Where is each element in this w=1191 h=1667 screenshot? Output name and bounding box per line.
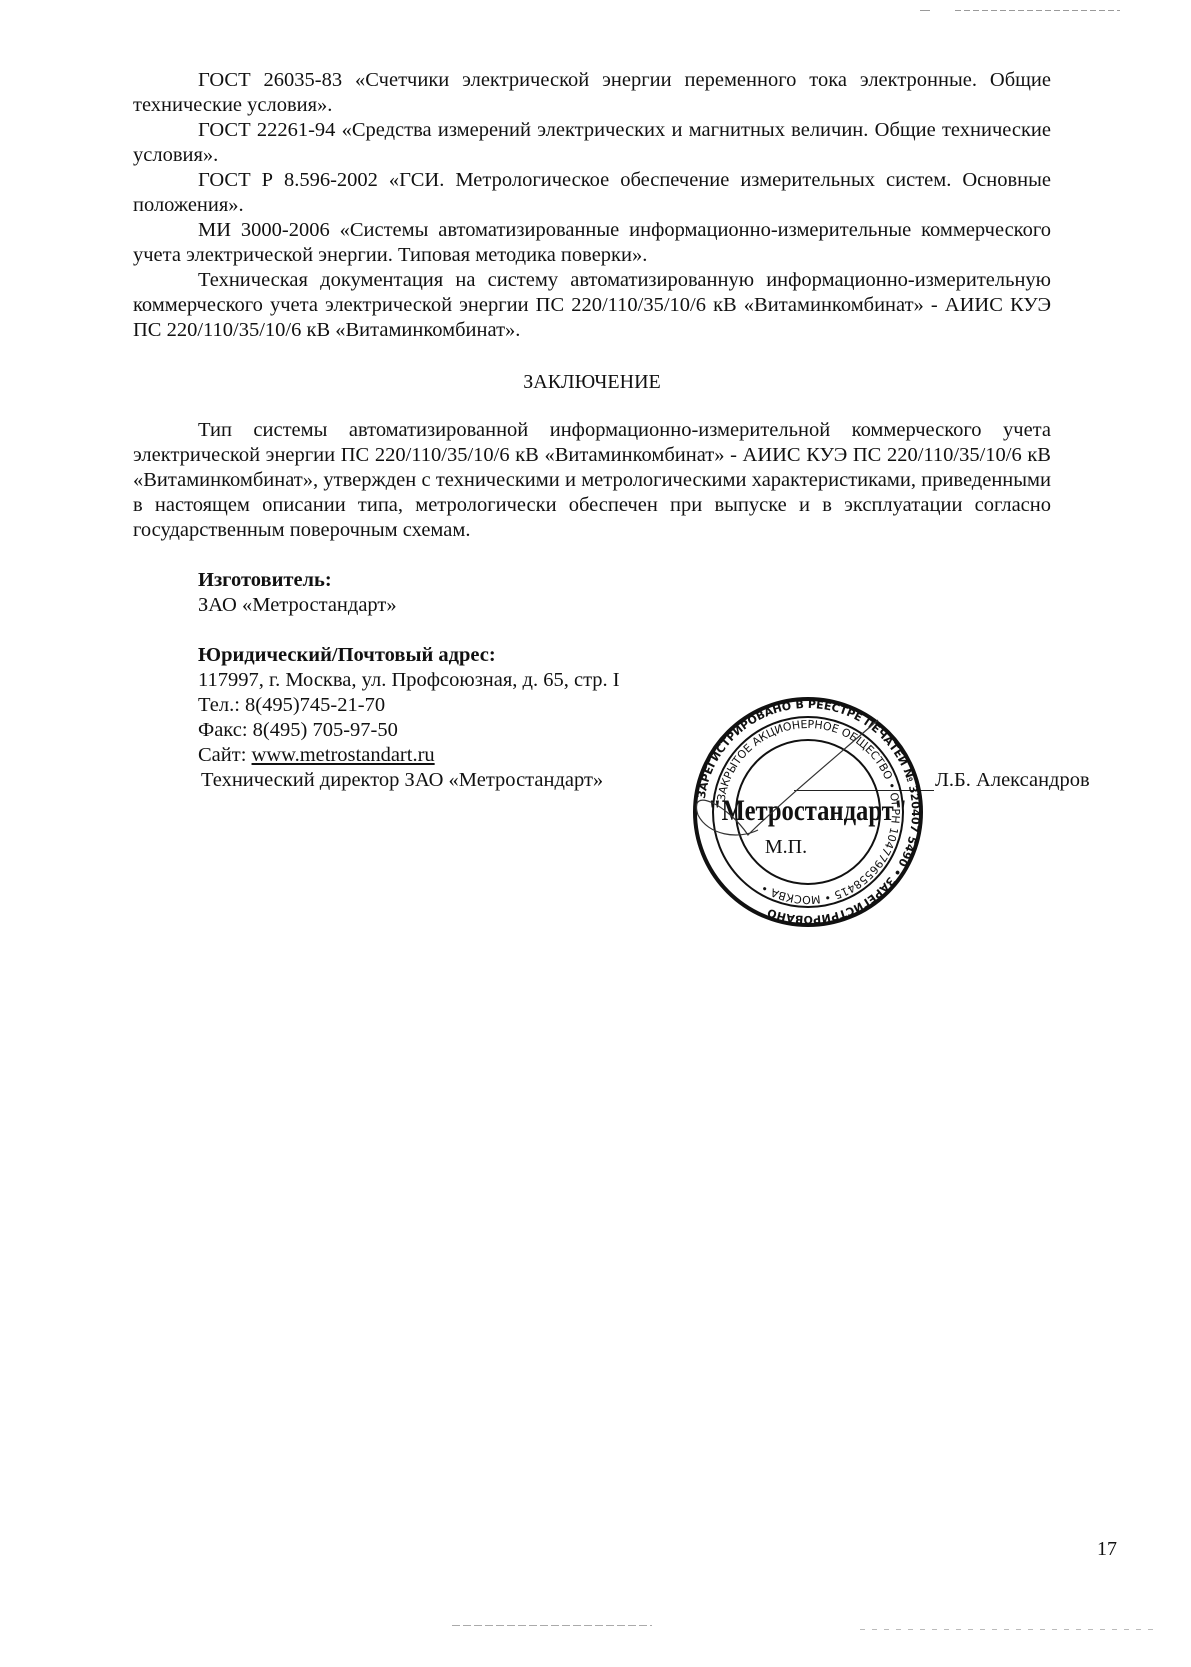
reference-gost-r-8596: ГОСТ Р 8.596-2002 «ГСИ. Метрологическое … [133, 168, 1051, 218]
scan-artifact [860, 1629, 1160, 1630]
page-number: 17 [1097, 1538, 1117, 1561]
address-street: 117997, г. Москва, ул. Профсоюзная, д. 6… [198, 668, 1051, 693]
scan-artifact [452, 1625, 652, 1626]
svg-text:М.П.: М.П. [765, 836, 807, 858]
document-page: ГОСТ 26035-83 «Счетчики электрической эн… [133, 68, 1051, 793]
site-link[interactable]: www.metrostandart.ru [252, 744, 435, 766]
conclusion-text: Тип системы автоматизированной информаци… [133, 418, 1051, 543]
reference-gost-26035: ГОСТ 26035-83 «Счетчики электрической эн… [133, 68, 1051, 118]
reference-gost-22261: ГОСТ 22261-94 «Средства измерений электр… [133, 118, 1051, 168]
signatory-position: Технический директор ЗАО «Метростандарт» [201, 769, 603, 791]
site-label: Сайт: [198, 744, 252, 766]
address-label: Юридический/Почтовый адрес: [198, 643, 1051, 668]
reference-mi-3000: МИ 3000-2006 «Системы автоматизированные… [133, 218, 1051, 268]
company-stamp-icon: ЗАРЕГИСТРИРОВАНО В РЕЕСТРЕ ПЕЧАТЕЙ № 320… [688, 695, 928, 930]
reference-tech-docs: Техническая документация на систему авто… [133, 268, 1051, 343]
manufacturer-name: ЗАО «Метростандарт» [198, 593, 1051, 618]
signatory-name: Л.Б. Александров [935, 768, 1090, 793]
manufacturer-label: Изготовитель: [198, 568, 1051, 593]
scan-artifact [955, 10, 1120, 11]
scan-artifact [920, 10, 930, 11]
conclusion-heading: ЗАКЛЮЧЕНИЕ [133, 370, 1051, 395]
